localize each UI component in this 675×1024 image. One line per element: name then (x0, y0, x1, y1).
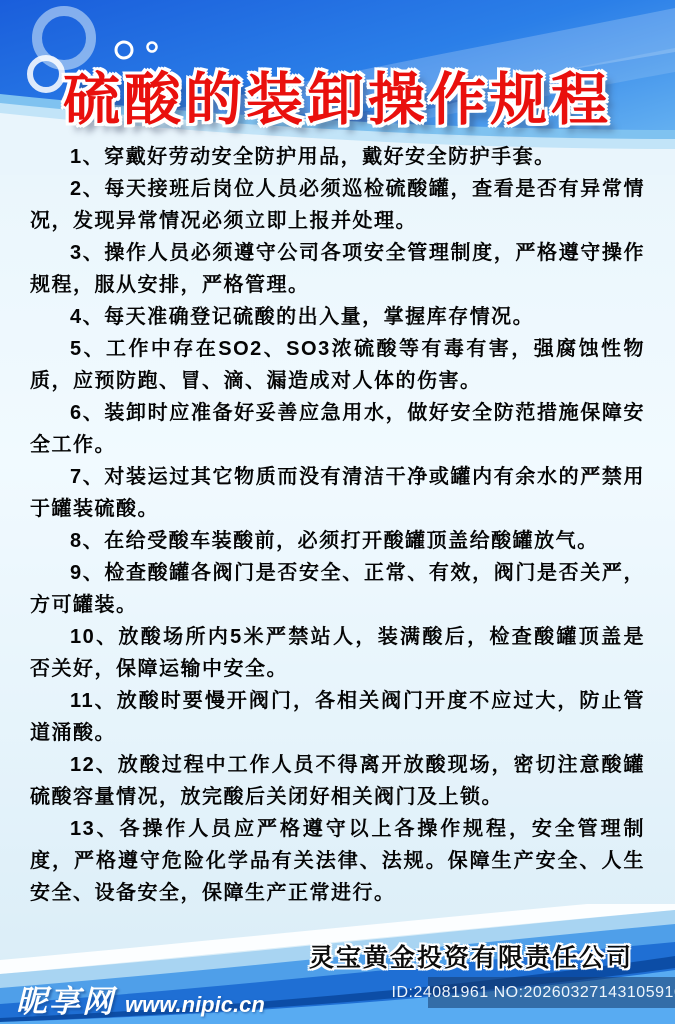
rule-item-8: 8、在给受酸车装酸前，必须打开酸罐顶盖给酸罐放气。 (30, 525, 645, 557)
company-name: 灵宝黄金投资有限责任公司 (309, 938, 633, 974)
rule-item-13: 13、各操作人员应严格遵守以上各操作规程，安全管理制度，严格遵守危险化学品有关法… (30, 813, 645, 909)
rule-item-9: 9、检查酸罐各阀门是否安全、正常、有效，阀门是否关严，方可罐装。 (30, 557, 645, 621)
rule-item-4: 4、每天准确登记硫酸的出入量，掌握库存情况。 (30, 301, 645, 333)
rule-item-6: 6、装卸时应准备好妥善应急用水，做好安全防范措施保障安全工作。 (30, 397, 645, 461)
rule-item-5: 5、工作中存在SO2、SO3浓硫酸等有毒有害，强腐蚀性物质，应预防跑、冒、滴、漏… (30, 333, 645, 397)
rule-item-3: 3、操作人员必须遵守公司各项安全管理制度，严格遵守操作规程，服从安排，严格管理。 (30, 237, 645, 301)
rule-item-12: 12、放酸过程中工作人员不得离开放酸现场，密切注意酸罐硫酸容量情况，放完酸后关闭… (30, 749, 645, 813)
rule-item-10: 10、放酸场所内5米严禁站人，装满酸后，检查酸罐顶盖是否关好，保障运输中安全。 (30, 621, 645, 685)
poster-title: 硫酸的装卸操作规程 (0, 54, 675, 136)
rule-item-7: 7、对装运过其它物质而没有清洁干净或罐内有余水的严禁用于罐装硫酸。 (30, 461, 645, 525)
watermark: 昵享网 www.nipic.cn (16, 976, 265, 1021)
rule-item-2: 2、每天接班后岗位人员必须巡检硫酸罐，查看是否有异常情况，发现异常情况必须立即上… (30, 173, 645, 237)
id-bar: ID:24081961 NO:20260327143105916102 (428, 977, 675, 1008)
rule-item-1: 1、穿戴好劳动安全防护用品，戴好安全防护手套。 (30, 141, 645, 173)
rules-list: 1、穿戴好劳动安全防护用品，戴好安全防护手套。 2、每天接班后岗位人员必须巡检硫… (30, 141, 645, 909)
id-bar-text: ID:24081961 NO:20260327143105916102 (392, 984, 675, 1002)
watermark-site-url: www.nipic.cn (125, 992, 265, 1018)
watermark-site-name: 昵享网 (16, 976, 115, 1021)
poster-page: { "poster": { "title": "硫酸的装卸操作规程", "rul… (0, 0, 675, 1024)
rule-item-11: 11、放酸时要慢开阀门，各相关阀门开度不应过大，防止管道涌酸。 (30, 685, 645, 749)
